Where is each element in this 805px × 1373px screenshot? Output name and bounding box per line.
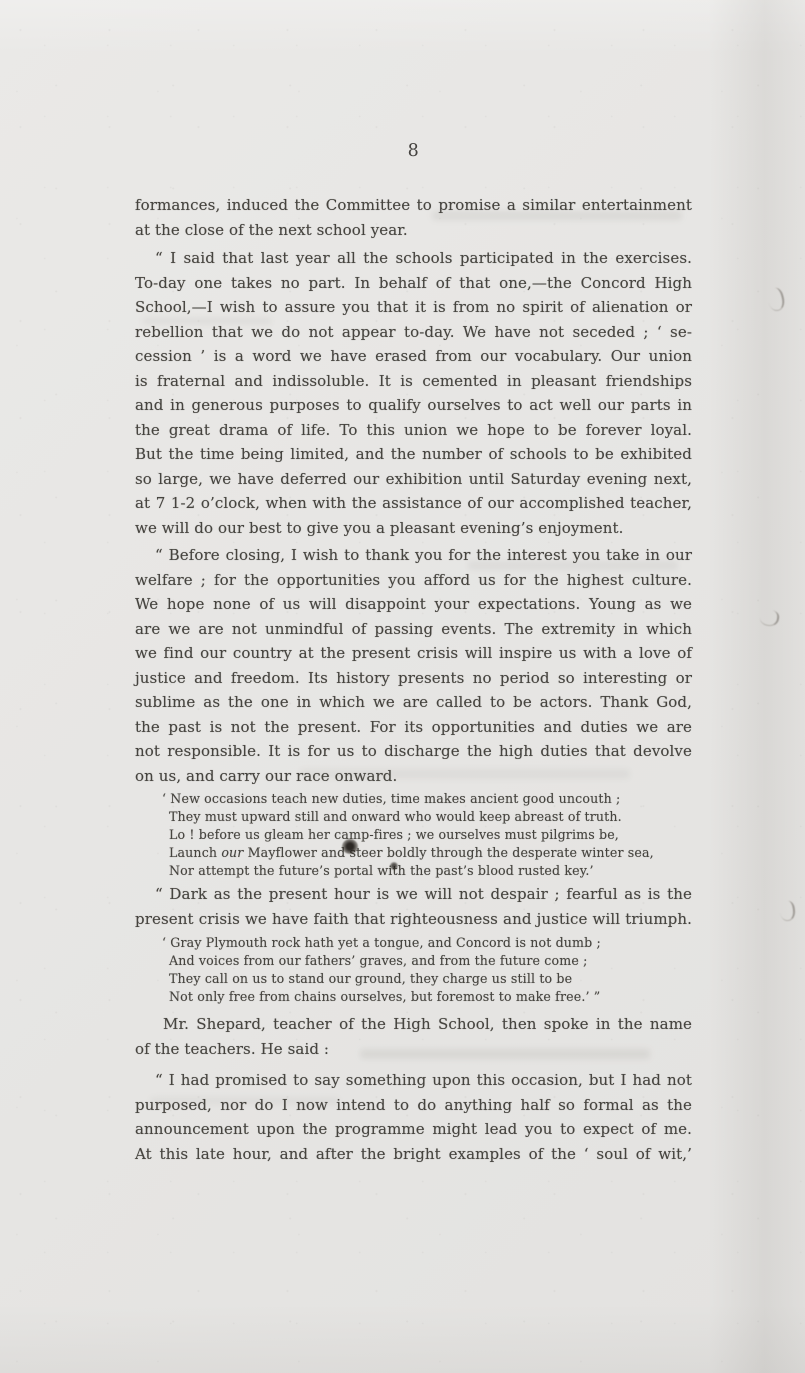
text-line: sublime as the one in which we are calle… [135, 690, 692, 715]
text-line: “ I had promised to say something upon t… [135, 1068, 692, 1093]
text-line: the past is not the present. For its opp… [135, 715, 692, 740]
show-through-streak [150, 1097, 340, 1105]
show-through-streak [360, 1049, 650, 1059]
text-line: “ I said that last year all the schools … [135, 246, 692, 271]
ink-blot [342, 839, 358, 854]
text-line: not responsible. It is for us to dischar… [135, 739, 692, 764]
verse-line: ‘ New occasions teach new duties, time m… [169, 790, 679, 808]
text-line: we find our country at the present crisi… [135, 641, 692, 666]
verse-line-segment: Launch [169, 845, 221, 860]
verse-line: They must upward still and onward who wo… [169, 808, 679, 826]
paper-defect-mark [779, 900, 796, 921]
text-line: “ Dark as the present hour is we will no… [135, 882, 692, 907]
verse-line-segment: Mayflower and steer boldly through the d… [243, 845, 653, 860]
text-line: so large, we have deferred our exhibitio… [135, 467, 692, 492]
verse-line: Launch our Mayflower and steer boldly th… [169, 844, 679, 862]
text-line: To-day one takes no part. In behalf of t… [135, 271, 692, 296]
show-through-streak [142, 317, 272, 325]
verse-line: ‘ Gray Plymouth rock hath yet a tongue, … [169, 934, 679, 952]
verse-line: Lo ! before us gleam her camp-fires ; we… [169, 826, 679, 844]
paper-defect-mark [759, 609, 780, 627]
verse-quotation-1: ‘ New occasions teach new duties, time m… [169, 790, 679, 880]
verse-line: And voices from our fathers’ graves, and… [169, 952, 679, 970]
show-through-streak [432, 211, 682, 220]
text-line: But the time being limited, and the numb… [135, 442, 692, 467]
verse-line-italic: our [221, 845, 243, 860]
paragraph-speech-4: “ I had promised to say something upon t… [135, 1068, 692, 1166]
text-line: We hope none of us will disappoint your … [135, 592, 692, 617]
text-line: justice and freedom. Its history present… [135, 666, 692, 691]
ink-blot-small [390, 862, 398, 870]
text-line: Mr. Shepard, teacher of the High School,… [135, 1012, 692, 1037]
scanned-book-page: 8 formances, induced the Committee to pr… [0, 0, 805, 1373]
text-line: are we are not unmindful of passing even… [135, 617, 692, 642]
paragraph-speech-3: “ Dark as the present hour is we will no… [135, 882, 692, 931]
text-line: announcement upon the programme might le… [135, 1117, 692, 1142]
show-through-streak [300, 769, 630, 779]
text-line: present crisis we have faith that righte… [135, 907, 692, 932]
paragraph-speech-2: “ Before closing, I wish to thank you fo… [135, 543, 692, 788]
verse-line: They call on us to stand our ground, the… [169, 970, 679, 988]
text-line: School,—I wish to assure you that it is … [135, 295, 692, 320]
verse-line: Not only free from chains ourselves, but… [169, 988, 679, 1006]
text-line: at the close of the next school year. [135, 218, 692, 243]
text-column: formances, induced the Committee to prom… [135, 0, 692, 1373]
verse-line: Nor attempt the future’s portal with the… [169, 862, 679, 880]
paper-defect-mark [765, 286, 786, 312]
text-line: is fraternal and indissoluble. It is cem… [135, 369, 692, 394]
verse-quotation-2: ‘ Gray Plymouth rock hath yet a tongue, … [169, 934, 679, 1006]
text-line: and in generous purposes to qualify ours… [135, 393, 692, 418]
text-line: the great drama of life. To this union w… [135, 418, 692, 443]
show-through-streak [468, 561, 678, 570]
text-line: we will do our best to give you a pleasa… [135, 516, 692, 541]
text-line: cession ’ is a word we have erased from … [135, 344, 692, 369]
text-line: welfare ; for the opportunities you affo… [135, 568, 692, 593]
paragraph-speech-1: “ I said that last year all the schools … [135, 246, 692, 540]
text-line: At this late hour, and after the bright … [135, 1142, 692, 1167]
text-line: at 7 1-2 o’clock, when with the assistan… [135, 491, 692, 516]
